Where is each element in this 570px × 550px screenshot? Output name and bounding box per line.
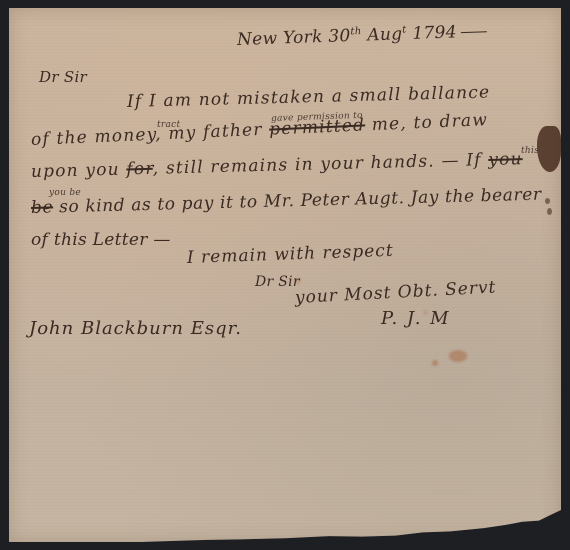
struck-word: permitted (269, 115, 366, 139)
document-scan: New York 30th Augt 1794 Dr Sir If I am n… (0, 0, 570, 550)
letter-paper: New York 30th Augt 1794 Dr Sir If I am n… (9, 8, 561, 542)
dateline-day: 30 (328, 26, 351, 47)
dateline-year: 1794 (412, 22, 457, 44)
salutation: Dr Sir (39, 68, 87, 86)
insertion-this: this (521, 146, 539, 156)
body-line-4: be so kind as to pay it to Mr. Peter Aug… (31, 185, 542, 218)
corner-stain (545, 516, 555, 530)
ink-spot-stain (545, 198, 550, 204)
closing-line-1: I remain with respect (187, 241, 394, 268)
struck-word: you (488, 149, 523, 170)
addressee: John Blackburn Esqr. (29, 318, 242, 339)
closing-line-3: your Most Obt. Servt (294, 277, 496, 308)
dateline-month: Aug (367, 24, 403, 45)
dateline: New York 30th Augt 1794 (237, 21, 488, 50)
body-line-3: upon you for, still remains in your hand… (31, 149, 523, 182)
closing-line-2: Dr Sir (255, 274, 300, 290)
ink-blot-stain (537, 126, 561, 172)
ink-spot-stain (547, 208, 552, 215)
struck-word: for (126, 159, 153, 180)
flourish-dash (461, 31, 487, 33)
rust-spot (449, 350, 467, 362)
body-line-1: If I am not mistaken a small ballance (127, 82, 491, 112)
body-line-2: of the money, my father permitted me, to… (31, 110, 489, 150)
dateline-place: New York (237, 27, 323, 50)
struck-word: be (31, 197, 54, 218)
signature: P. J. M (381, 308, 451, 329)
body-line-5: of this Letter — (31, 230, 171, 250)
rust-spot (432, 360, 438, 366)
